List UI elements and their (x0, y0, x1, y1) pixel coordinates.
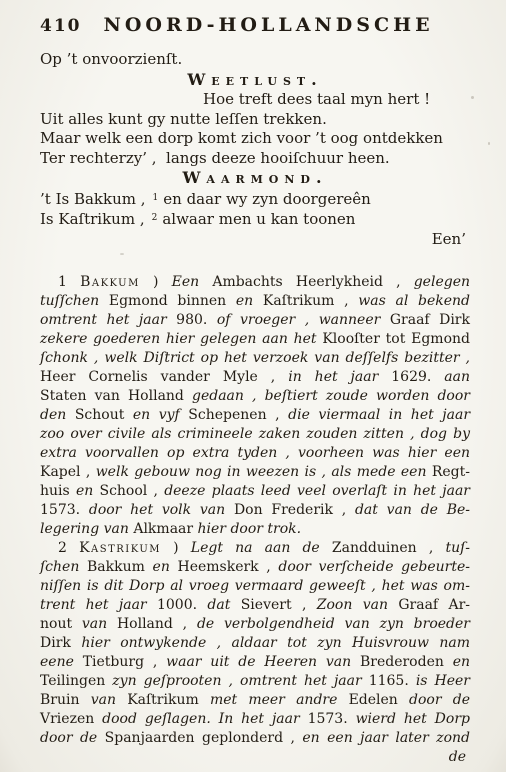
text-segment: den (40, 407, 75, 423)
text-segment: welk gebouw nog in weezen is , als mede … (96, 464, 432, 480)
text-segment: Graaf Ar- (398, 597, 470, 613)
footnote-line: ſchen Bakkum en Heemskerk , door verſche… (40, 558, 470, 577)
text-segment: 1000. (157, 597, 207, 613)
text-segment: en (236, 293, 263, 309)
text-segment: legering van (40, 521, 133, 537)
text-segment: School , (99, 483, 164, 499)
footnote-line: door de Spanjaarden geplonderd , en een … (40, 729, 470, 748)
text-segment: 2 (152, 213, 158, 223)
text-segment: Bakkum (87, 559, 153, 575)
footnote-line: omtrent het jaar 980. of vroeger , wanne… (40, 311, 470, 330)
text-segment: door verſcheide gebeurte- (278, 559, 470, 575)
footnote-line: Dirk hier ontwykende , aldaar tot zyn Hu… (40, 634, 470, 653)
footnote-line: zekere goederen hier gelegen aan het Klo… (40, 330, 470, 349)
text-segment: aan (444, 369, 470, 385)
scan-speck (471, 96, 474, 99)
text-segment: Holland , (117, 616, 197, 632)
text-segment: en een jaar later zond (302, 730, 470, 746)
text-segment: trent het jaar (40, 597, 157, 613)
footnote-line: extra voorvallen op extra tyden , voorhe… (40, 444, 470, 463)
text-segment: zoo over civile als crimineele zaken zou… (40, 426, 470, 442)
scan-speck (488, 142, 490, 145)
text-segment: ſchonk , welk Diſtrict op het verzoek va… (40, 350, 470, 366)
text-segment: Waarmond. (182, 168, 327, 187)
text-segment: Klooſter tot Egmond (322, 331, 470, 347)
text-segment: 980. (176, 312, 217, 328)
text-segment: Zoon van (317, 597, 399, 613)
poem-line: ’t Is Bakkum ,1en daar wy zyn doorgereên (40, 189, 470, 210)
poem-line: Is Kaſtrikum ,2alwaar men u kan toonen (40, 209, 470, 230)
text-segment: Edelen (349, 692, 409, 708)
text-segment: Maar welk een dorp komt zich voor ’t oog… (40, 129, 443, 147)
footnote-line: tuſſchen Egmond binnen en Kaſtrikum , wa… (40, 292, 470, 311)
text-segment: van (82, 616, 117, 632)
text-segment: en (76, 483, 100, 499)
text-segment: hier ontwykende , aldaar tot zyn Huisvro… (81, 635, 470, 651)
page-content: 410 NOORD-HOLLANDSCHE Op ’t onvoorzienſt… (0, 0, 506, 767)
page-number: 410 (40, 16, 82, 36)
text-segment: dood geſlagen. In het jaar (102, 711, 307, 727)
text-segment: Schout (75, 407, 133, 423)
catchword: de (40, 748, 470, 767)
text-segment: Kaſtrikum , (263, 293, 358, 309)
text-segment: die viermaal in het jaar (288, 407, 470, 423)
text-segment: nout (40, 616, 82, 632)
poem-line: Hoe treft dees taal myn hert ! (40, 90, 470, 110)
text-segment: Heemskerk , (177, 559, 278, 575)
text-segment: Alkmaar (133, 521, 197, 537)
poem-line: Uit alles kunt gy nutte leſſen trekken. (40, 110, 470, 130)
scan-speck (120, 253, 124, 255)
footnotes-section: 1 Bakkum ) Een Ambachts Heerlykheid , ge… (40, 273, 470, 767)
text-segment: Egmond binnen (109, 293, 236, 309)
text-segment: Teilingen (40, 673, 112, 689)
text-segment: extra voorvallen op extra tyden , voorhe… (40, 445, 470, 461)
footnote-line: Bruin van Kaſtrikum met meer andre Edele… (40, 691, 470, 710)
text-segment: Uit alles kunt gy nutte leſſen trekken. (40, 110, 327, 128)
poem-line: Ter rechterzy’ , langs deeze hooiſchuur … (40, 149, 470, 169)
text-segment: en vyf (133, 407, 188, 423)
text-segment: Weetlust. (187, 70, 322, 89)
text-segment: gedaan , beſtiert zoude worden door (192, 388, 470, 404)
text-segment: 1573. (40, 502, 89, 518)
text-segment: Spanjaarden geplonderd , (105, 730, 303, 746)
poem-line: Waarmond. (40, 168, 470, 189)
footnote-line: den Schout en vyf Schepenen , die vierma… (40, 406, 470, 425)
text-segment: Heer Cornelis vander Myle , (40, 369, 288, 385)
text-segment: met meer andre (210, 692, 349, 708)
text-segment: of vroeger , wanneer (217, 312, 390, 328)
text-segment: omtrent het jaar (40, 312, 176, 328)
text-segment: waar uit de Heeren van (166, 654, 360, 670)
page-title: NOORD-HOLLANDSCHE (104, 14, 434, 36)
scan-speck (453, 617, 455, 621)
text-segment: ’t Is Bakkum , (40, 190, 146, 208)
text-segment: zyn geſprooten , omtrent het jaar (112, 673, 368, 689)
text-segment: Regt- (432, 464, 470, 480)
running-header: 410 NOORD-HOLLANDSCHE (40, 14, 470, 36)
text-segment: door het volk van (89, 502, 234, 518)
text-segment: Op ’t onvoorzienſt. (40, 50, 182, 68)
text-segment: Een’ (432, 230, 466, 248)
footnote-line: Kapel , welk gebouw nog in weezen is , a… (40, 463, 470, 482)
footnote-line: Heer Cornelis vander Myle , in het jaar … (40, 368, 470, 387)
poem-line: Een’ (40, 230, 470, 250)
poem-line: Maar welk een dorp komt zich voor ’t oog… (40, 129, 470, 149)
text-segment: Is Kaſtrikum , (40, 210, 145, 228)
text-segment: Brederoden (360, 654, 453, 670)
text-segment: ) (140, 274, 172, 290)
text-segment: 1573. (308, 711, 356, 727)
text-segment: alwaar men u kan toonen (162, 210, 355, 228)
text-segment: Ambachts Heerlykheid , (199, 274, 414, 290)
text-segment: ſchen (40, 559, 87, 575)
text-segment: Kaſtrikum (127, 692, 210, 708)
footnote-line: legering van Alkmaar hier door trok. (40, 520, 470, 539)
footnote-line: nout van Holland , de verbolgendheid van… (40, 615, 470, 634)
text-segment: dat van de Be- (355, 502, 470, 518)
text-segment: eene (40, 654, 83, 670)
text-segment: Schepenen , (188, 407, 288, 423)
text-segment: Don Frederik , (234, 502, 355, 518)
text-segment: huis (40, 483, 76, 499)
footnote-kastrikum: 2 Kastrikum ) Legt na aan de Zandduinen … (40, 539, 470, 748)
text-segment: is Heer (416, 673, 470, 689)
text-segment: 2 (58, 540, 79, 556)
text-segment: 1 (153, 193, 159, 203)
footnote-line: Staten van Holland gedaan , beſtiert zou… (40, 387, 470, 406)
text-segment: tuſ- (445, 540, 470, 556)
footnote-line: eene Tietburg , waar uit de Heeren van B… (40, 653, 470, 672)
text-segment: tuſſchen (40, 293, 109, 309)
text-segment: ) (161, 540, 191, 556)
text-segment: dat (207, 597, 240, 613)
text-segment: wierd het Dorp (356, 711, 470, 727)
footnote-line: Teilingen zyn geſprooten , omtrent het j… (40, 672, 470, 691)
text-segment: Bruin (40, 692, 91, 708)
text-segment: Zandduinen , (332, 540, 446, 556)
text-segment: door de (40, 730, 105, 746)
text-segment: Sievert , (241, 597, 317, 613)
poem-dialogue: Op ’t onvoorzienſt.Weetlust.Hoe treft de… (40, 50, 470, 249)
text-segment: Tietburg , (83, 654, 166, 670)
poem-line: Weetlust. (40, 70, 470, 91)
text-segment: Kapel , (40, 464, 96, 480)
text-segment: niſſen is dit Dorp al vroeg vermaard gew… (40, 578, 470, 594)
text-segment: Bakkum (80, 274, 140, 290)
text-segment: en daar wy zyn doorgereên (163, 190, 371, 208)
text-segment: deeze plaats leed veel overlaſt in het j… (164, 483, 470, 499)
footnote-line: trent het jaar 1000. dat Sievert , Zoon … (40, 596, 470, 615)
text-segment: Hoe treft dees taal myn hert ! (203, 90, 430, 108)
text-segment: van (91, 692, 127, 708)
footnote-line: 1573. door het volk van Don Frederik , d… (40, 501, 470, 520)
text-segment: de verbolgendheid van zyn broeder (197, 616, 470, 632)
text-segment: Legt na aan de (191, 540, 332, 556)
footnote-line: huis en School , deeze plaats leed veel … (40, 482, 470, 501)
text-segment: 1629. (391, 369, 444, 385)
text-segment: Ter rechterzy’ , langs deeze hooiſchuur … (40, 149, 390, 167)
footnote-line: Vriezen dood geſlagen. In het jaar 1573.… (40, 710, 470, 729)
footnote-bakkum: 1 Bakkum ) Een Ambachts Heerlykheid , ge… (40, 273, 470, 539)
text-segment: in het jaar (288, 369, 391, 385)
footnote-line: zoo over civile als crimineele zaken zou… (40, 425, 470, 444)
text-segment: was al bekend (358, 293, 470, 309)
text-segment: Een (172, 274, 200, 290)
text-segment: en (153, 559, 178, 575)
text-segment: gelegen (414, 274, 470, 290)
poem-line: Op ’t onvoorzienſt. (40, 50, 470, 70)
book-page-scan: 410 NOORD-HOLLANDSCHE Op ’t onvoorzienſt… (0, 0, 506, 772)
text-segment: Vriezen (40, 711, 102, 727)
text-segment: Kastrikum (79, 540, 161, 556)
text-segment: Dirk (40, 635, 81, 651)
text-segment: 1165. (369, 673, 416, 689)
footnote-line: 2 Kastrikum ) Legt na aan de Zandduinen … (40, 539, 470, 558)
footnote-line: 1 Bakkum ) Een Ambachts Heerlykheid , ge… (40, 273, 470, 292)
text-segment: Graaf Dirk (390, 312, 470, 328)
text-segment: Staten van Holland (40, 388, 192, 404)
footnote-line: ſchonk , welk Diſtrict op het verzoek va… (40, 349, 470, 368)
text-segment: 1 (58, 274, 80, 290)
text-segment: zekere goederen hier gelegen aan het (40, 331, 322, 347)
text-segment: en (453, 654, 470, 670)
text-segment: door de (409, 692, 470, 708)
footnote-line: niſſen is dit Dorp al vroeg vermaard gew… (40, 577, 470, 596)
text-segment: hier door trok. (198, 521, 302, 537)
